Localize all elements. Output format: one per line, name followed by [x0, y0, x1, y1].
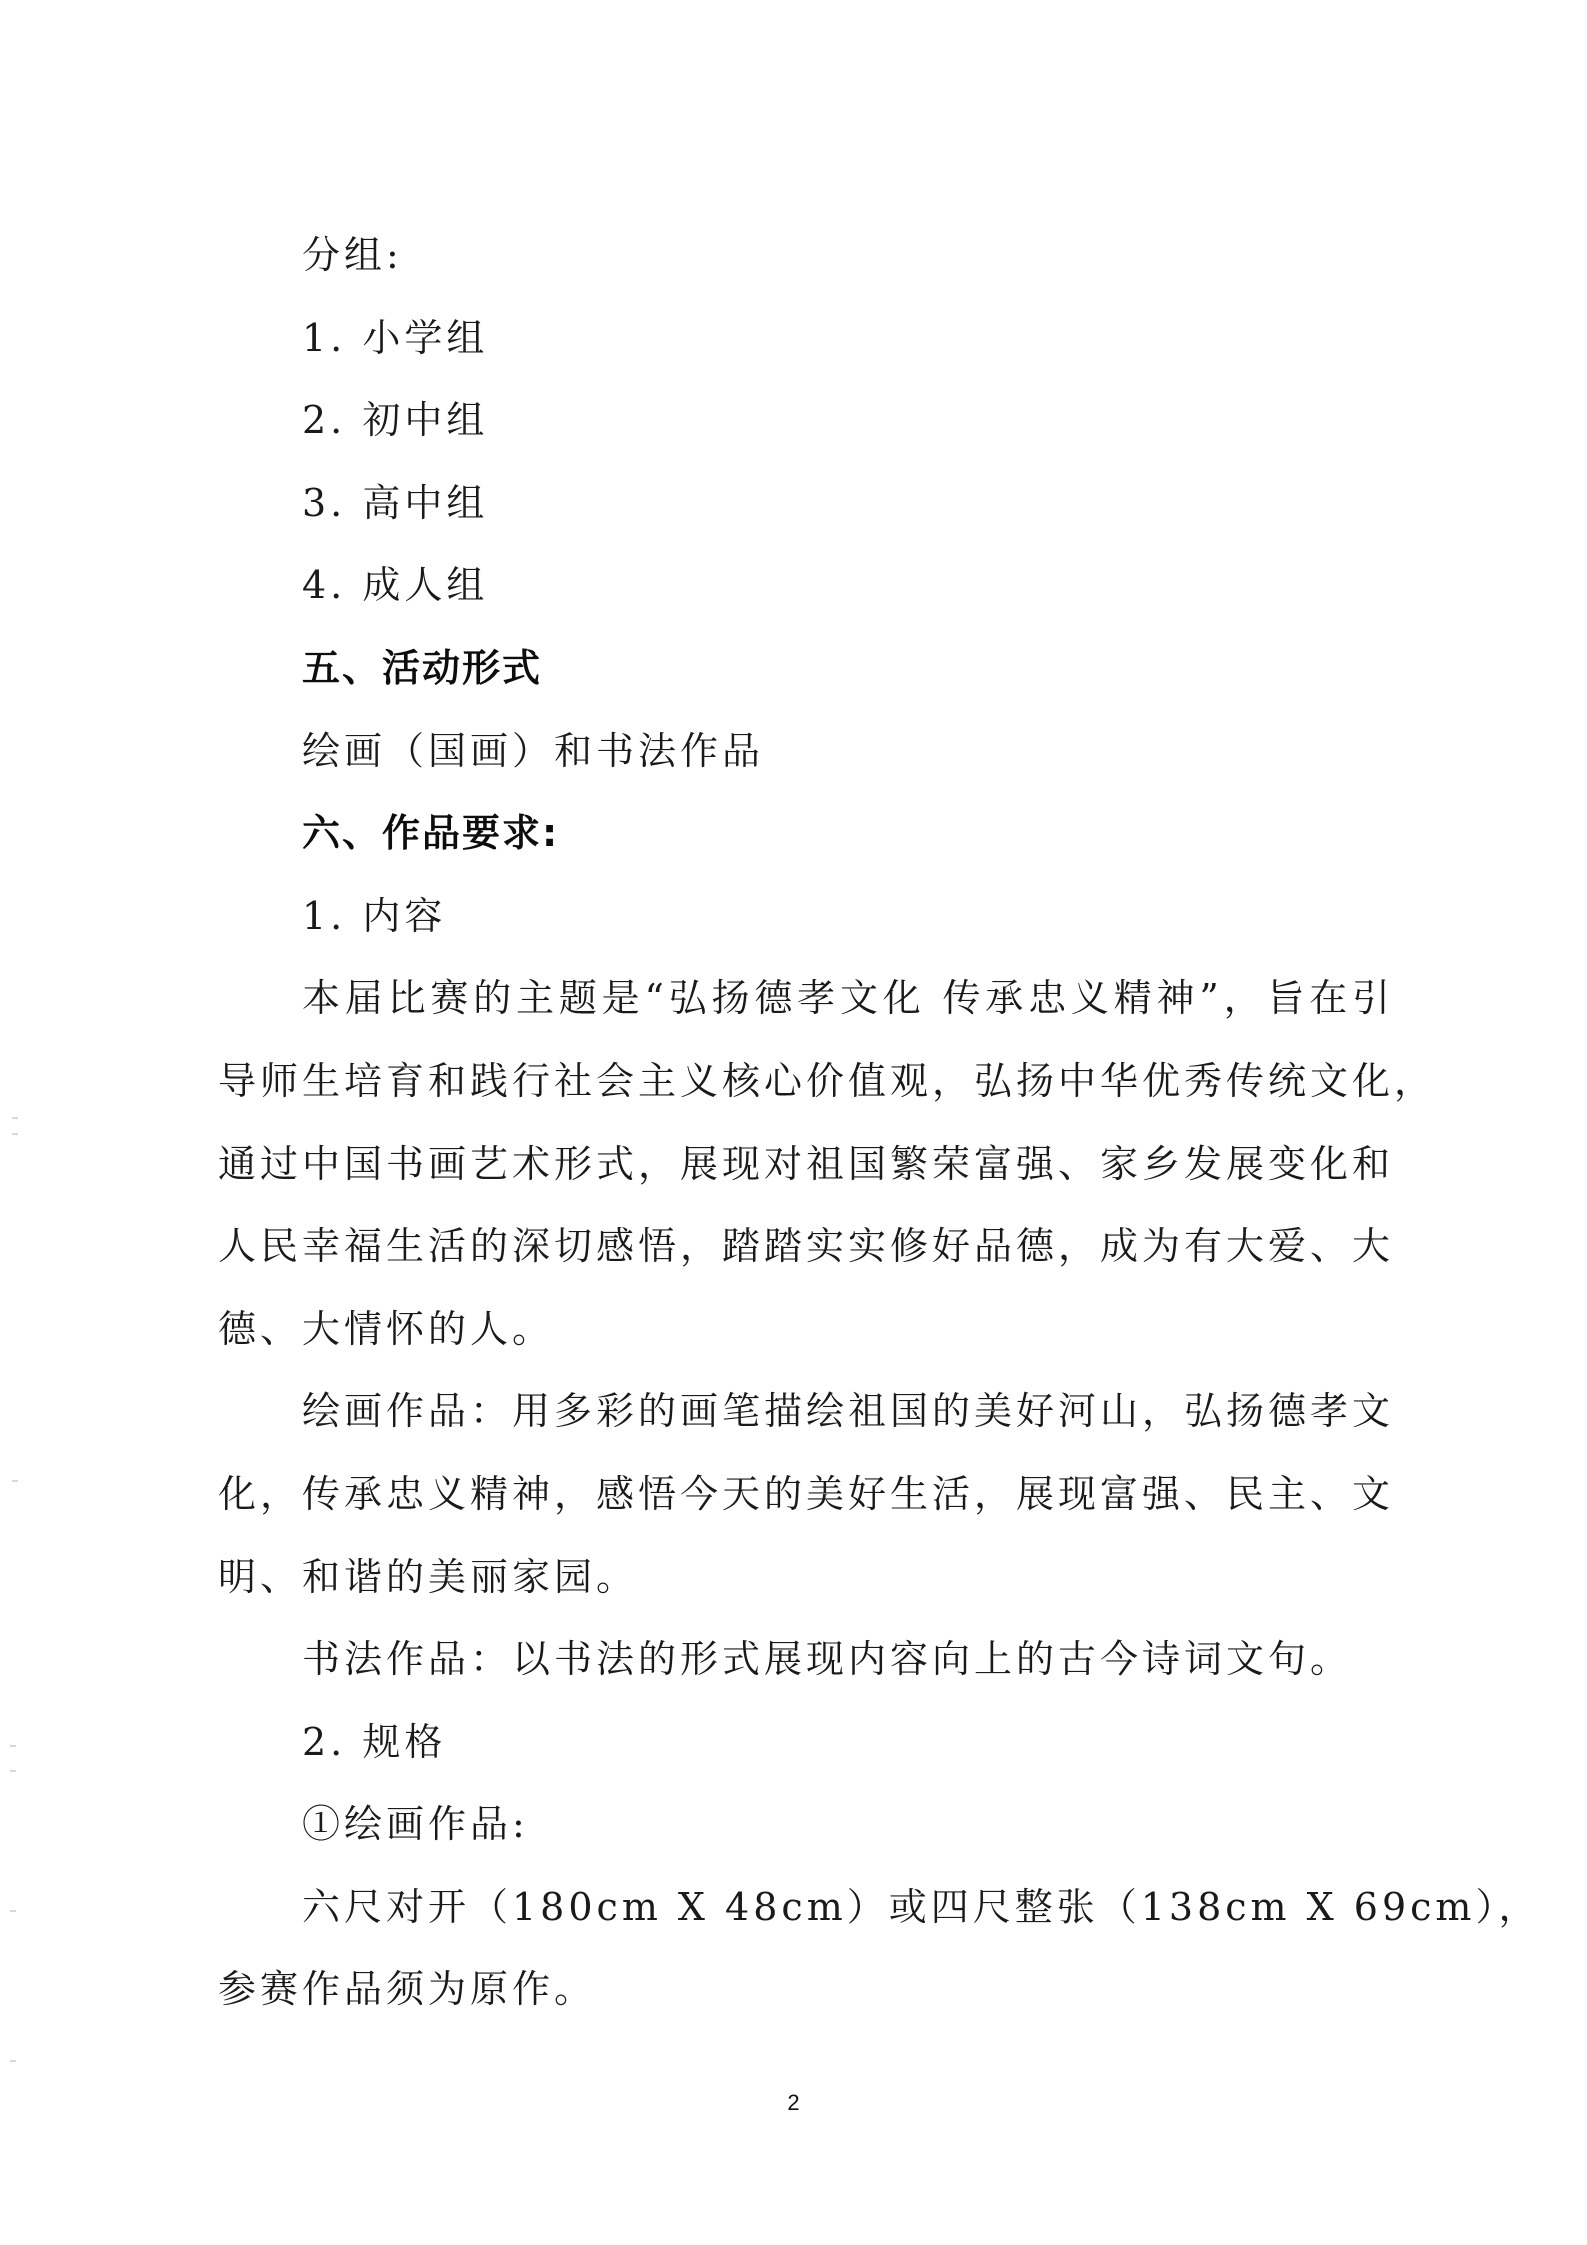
scan-artifact	[10, 1910, 16, 1912]
scan-artifact	[12, 1480, 18, 1482]
scan-artifact	[10, 1770, 16, 1772]
theme-paragraph-line-3-text: 通过中国书画艺术形式，展现对祖国繁荣富强、家乡发展变化和	[218, 1123, 1394, 1206]
painting-size-line-2: 参赛作品须为原作。	[218, 1948, 1394, 2031]
painting-paragraph-line-2-text: 化，传承忠义精神，感悟今天的美好生活，展现富强、民主、文	[218, 1453, 1394, 1536]
page-number: 2	[0, 2090, 1587, 2116]
theme-paragraph-line-3: 通过中国书画艺术形式，展现对祖国繁荣富强、家乡发展变化和	[218, 1123, 1394, 1206]
scan-artifact	[12, 1133, 18, 1135]
painting-size-line-1: 六尺对开（180cm X 48cm）或四尺整张（138cm X 69cm），	[218, 1866, 1394, 1949]
spec-subtitle: 2. 规格	[218, 1701, 1394, 1784]
section-5-heading: 五、活动形式	[218, 627, 1394, 710]
theme-paragraph-line-2: 导师生培育和践行社会主义核心价值观，弘扬中华优秀传统文化，	[218, 1040, 1394, 1123]
group-item-junior-high: 2. 初中组	[218, 379, 1394, 462]
group-item-primary: 1. 小学组	[218, 297, 1394, 380]
grouping-label: 分组:	[218, 214, 1394, 297]
section-6-heading: 六、作品要求:	[218, 792, 1394, 875]
scan-artifact	[10, 2060, 16, 2062]
scan-artifact	[12, 1117, 18, 1119]
theme-paragraph-line-4: 人民幸福生活的深切感悟，踏踏实实修好品德，成为有大爱、大	[218, 1205, 1394, 1288]
content-subtitle: 1. 内容	[218, 875, 1394, 958]
painting-paragraph-line-2: 化，传承忠义精神，感悟今天的美好生活，展现富强、民主、文	[218, 1453, 1394, 1536]
calligraphy-paragraph: 书法作品：以书法的形式展现内容向上的古今诗词文句。	[218, 1618, 1394, 1701]
section-5-body: 绘画（国画）和书法作品	[218, 710, 1394, 793]
theme-paragraph-line-1-text: 本届比赛的主题是“弘扬德孝文化 传承忠义精神”，旨在引	[302, 957, 1394, 1040]
scan-artifact	[10, 1745, 16, 1747]
theme-paragraph-line-2-text: 导师生培育和践行社会主义核心价值观，弘扬中华优秀传统文化，	[218, 1040, 1394, 1123]
group-item-adult: 4. 成人组	[218, 544, 1394, 627]
document-body: 分组: 1. 小学组 2. 初中组 3. 高中组 4. 成人组 五、活动形式 绘…	[218, 214, 1394, 2031]
group-item-senior-high: 3. 高中组	[218, 462, 1394, 545]
painting-spec-label: ①绘画作品:	[218, 1783, 1394, 1866]
painting-paragraph-line-1: 绘画作品：用多彩的画笔描绘祖国的美好河山，弘扬德孝文	[218, 1370, 1394, 1453]
painting-paragraph-line-1-text: 绘画作品：用多彩的画笔描绘祖国的美好河山，弘扬德孝文	[302, 1370, 1394, 1453]
painting-paragraph-line-3: 明、和谐的美丽家园。	[218, 1536, 1394, 1619]
document-page: 分组: 1. 小学组 2. 初中组 3. 高中组 4. 成人组 五、活动形式 绘…	[0, 0, 1587, 2245]
theme-paragraph-line-4-text: 人民幸福生活的深切感悟，踏踏实实修好品德，成为有大爱、大	[218, 1205, 1394, 1288]
theme-paragraph-line-1: 本届比赛的主题是“弘扬德孝文化 传承忠义精神”，旨在引	[218, 957, 1394, 1040]
theme-paragraph-line-5: 德、大情怀的人。	[218, 1288, 1394, 1371]
